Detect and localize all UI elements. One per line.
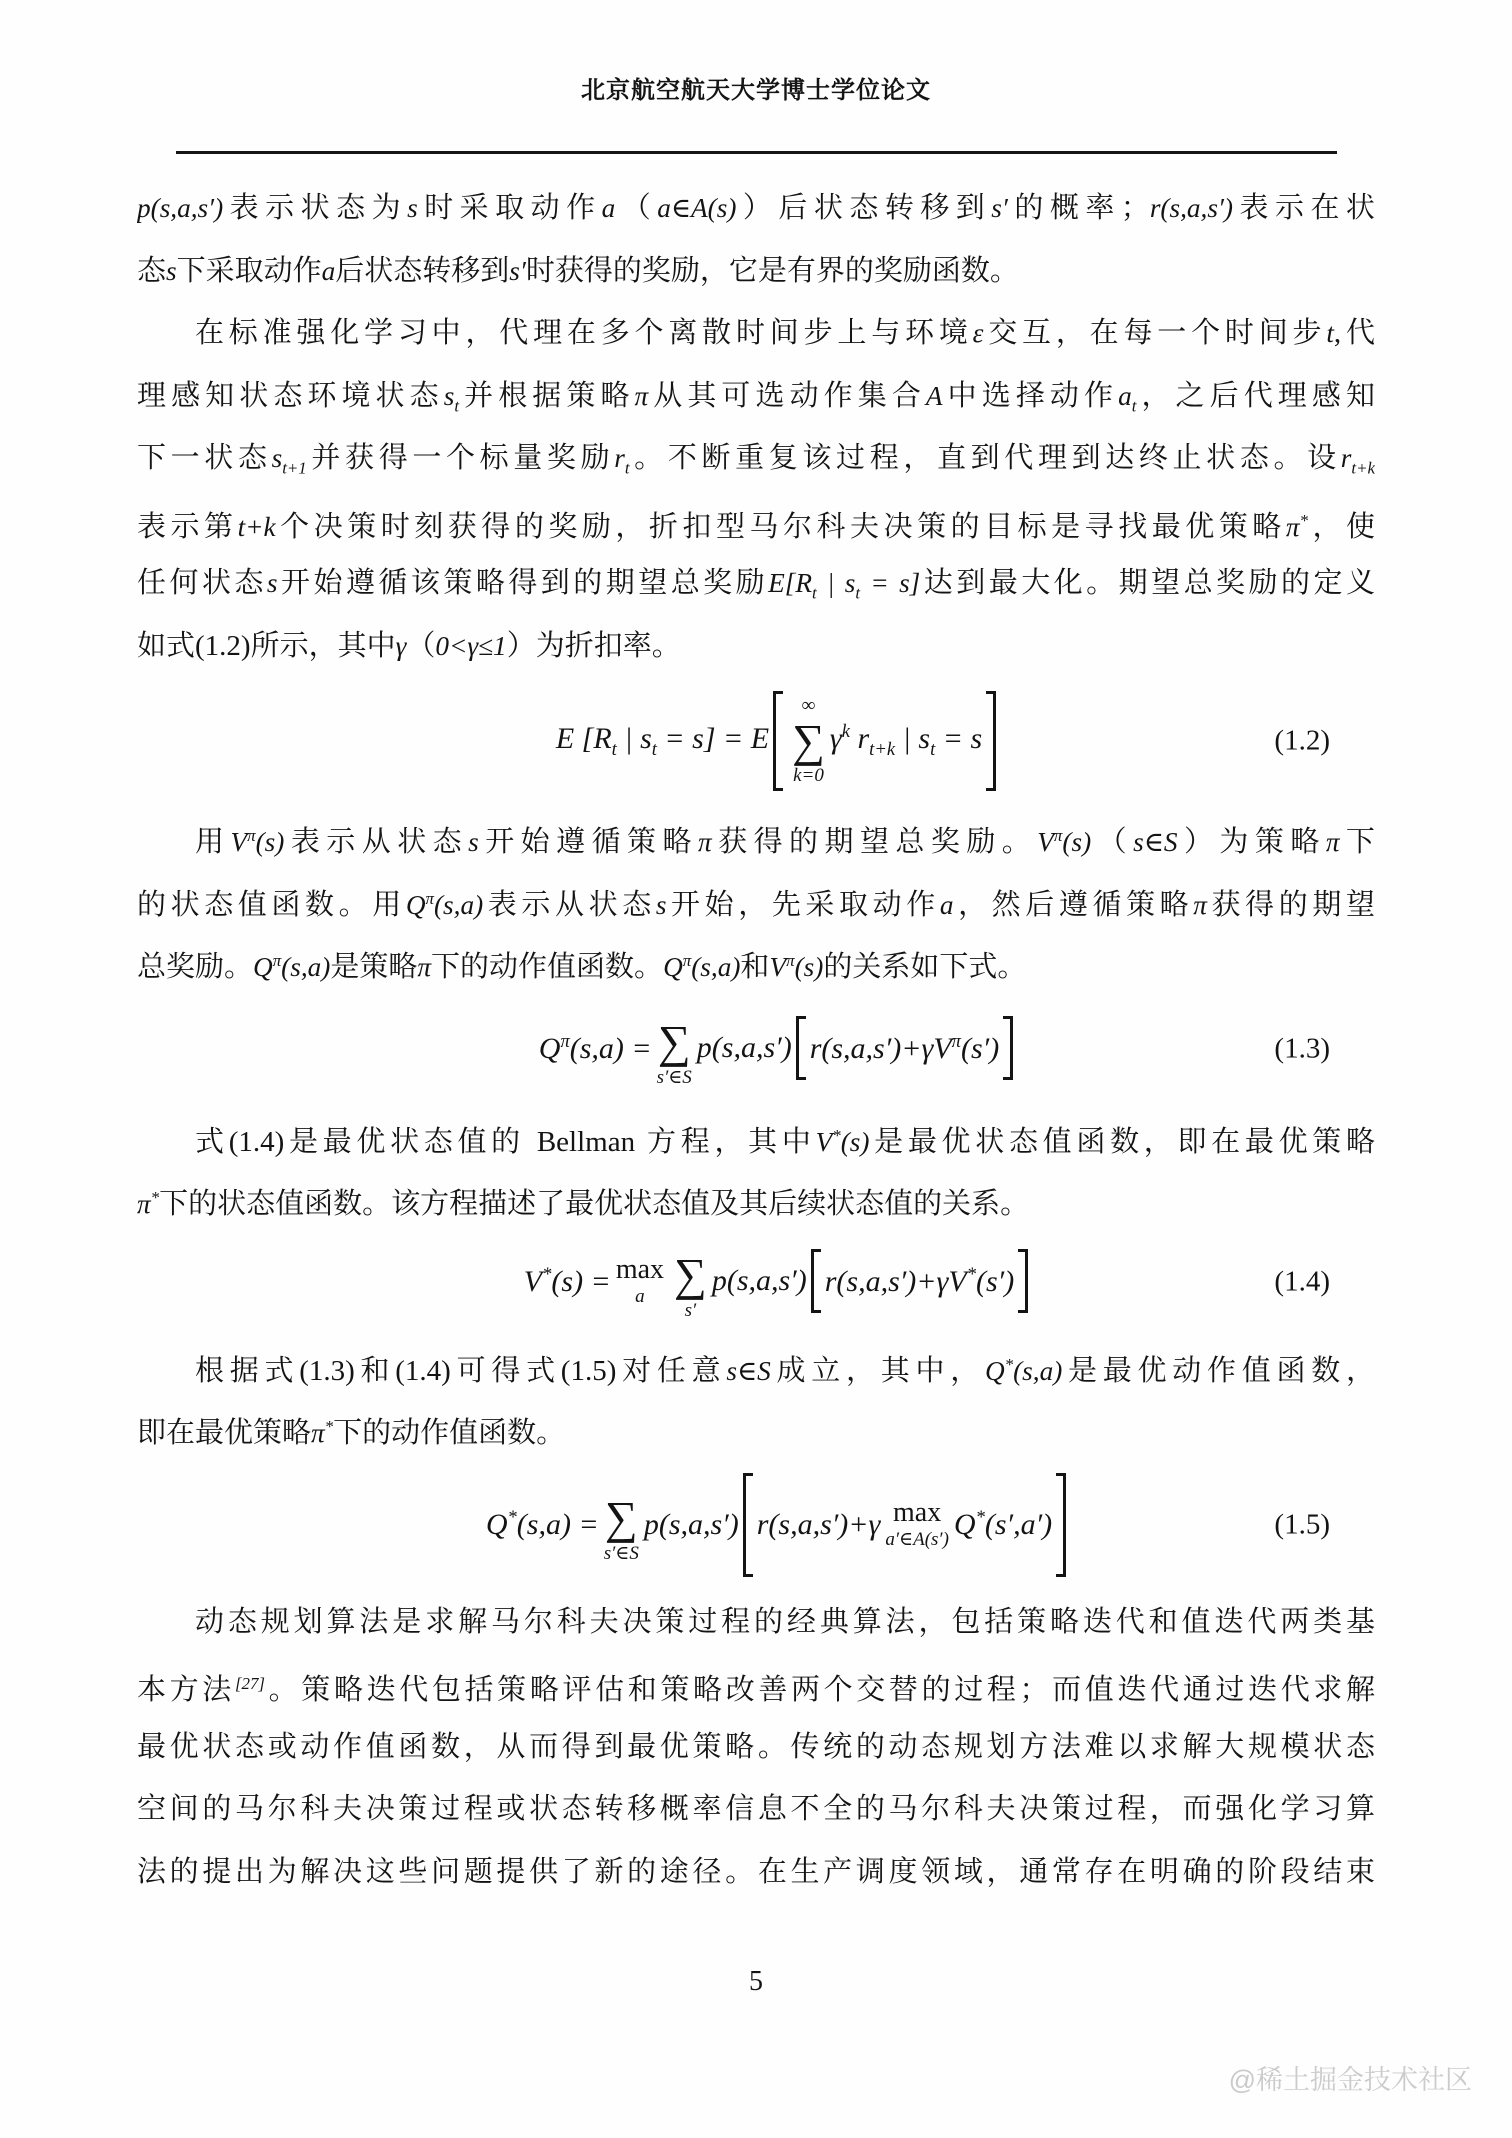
inline-math: A — [926, 381, 943, 411]
inline-math: s — [166, 256, 177, 286]
inline-math: s — [407, 193, 418, 223]
inline-math: st — [444, 381, 459, 411]
text-line: 法的提出为解决这些问题提供了新的途径。在生产调度领域，通常存在明确的阶段结束 — [137, 1841, 1375, 1904]
inline-math: s′ — [991, 193, 1008, 223]
inline-math: γ — [396, 631, 407, 661]
inline-math: t — [1326, 318, 1334, 348]
inline-math: 0<γ≤1 — [435, 631, 506, 661]
inline-math: a — [940, 890, 954, 920]
inline-math: st+1 — [272, 443, 307, 473]
text-line: 任何状态s开始遵循该策略得到的期望总奖励E[Rt | st = s]达到最大化。… — [137, 552, 1375, 615]
text-line: 的状态值函数。用Qπ(s,a)表示从状态s开始，先采取动作a，然后遵循策略π获得… — [137, 868, 1375, 931]
inline-math: t+k — [238, 512, 276, 542]
inline-math: π — [1193, 890, 1207, 920]
left-bracket — [811, 1249, 821, 1313]
inline-math: r(s,a,s′) — [1150, 193, 1233, 223]
equation-block: Qπ(s,a) = ∑s′∈S p(s,a,s′) r(s,a,s′)+γVπ(… — [137, 993, 1375, 1105]
right-bracket — [1018, 1249, 1028, 1313]
left-bracket — [743, 1473, 753, 1577]
sum-operator: ∑s′∈S — [604, 1484, 639, 1564]
right-bracket — [986, 691, 996, 791]
text-line: 理感知状态环境状态st并根据策略π从其可选动作集合A中选择动作at，之后代理感知 — [137, 365, 1375, 428]
left-bracket — [796, 1016, 806, 1080]
equation-block: E [Rt | st = s] = E ∞∑k=0γk rt+k | st = … — [137, 677, 1375, 805]
max-operator: maxa — [616, 1255, 664, 1308]
equation-number: (1.4) — [1274, 1265, 1330, 1298]
inline-math: rt+k — [1341, 443, 1375, 473]
right-bracket — [1003, 1016, 1013, 1080]
watermark-text: @稀土掘金技术社区 — [1229, 2058, 1472, 2097]
text-line: 式(1.4)是最优状态值的 Bellman 方程，其中V*(s)是最优状态值函数… — [137, 1105, 1375, 1168]
text-line: 空间的马尔科夫决策过程或状态转移概率信息不全的马尔科夫决策过程，而强化学习算 — [137, 1778, 1375, 1841]
inline-math: π — [635, 381, 649, 411]
inline-math: s — [468, 827, 479, 857]
sum-operator: ∑s′ — [674, 1241, 707, 1321]
inline-math: π — [698, 827, 712, 857]
inline-math: [27] — [235, 1675, 265, 1705]
equation-math: Q*(s′,a′) — [954, 1507, 1052, 1542]
equation-number: (1.3) — [1274, 1032, 1330, 1065]
inline-math: π — [417, 952, 431, 982]
equation-math: V*(s) = — [524, 1264, 611, 1299]
text-line: 用Vπ(s)表示从状态s开始遵循策略π获得的期望总奖励。Vπ(s)（s∈S）为策… — [137, 805, 1375, 868]
inline-math: Qπ(s,a) — [406, 890, 483, 920]
header-rule — [176, 151, 1337, 154]
equation-number: (1.2) — [1274, 725, 1330, 758]
thesis-page: 北京航空航天大学博士学位论文 p(s,a,s′)表示状态为s时采取动作a（a∈A… — [0, 0, 1512, 2138]
inline-math: π — [1326, 827, 1340, 857]
inline-math: V*(s) — [816, 1127, 870, 1157]
text-line: 如式(1.2)所示，其中γ（0<γ≤1）为折扣率。 — [137, 615, 1375, 678]
left-bracket — [773, 691, 783, 791]
inline-math: π* — [1286, 512, 1308, 542]
text-line: p(s,a,s′)表示状态为s时采取动作a（a∈A(s)）后状态转移到s′的概率… — [137, 177, 1375, 240]
inline-math: s∈S — [726, 1356, 770, 1386]
equation-math: r(s,a,s′)+γVπ(s′) — [810, 1031, 1000, 1066]
sum-operator: ∑s′∈S — [657, 1008, 692, 1088]
inline-math: Vπ(s) — [769, 952, 823, 982]
equation-math: r(s,a,s′)+γV*(s′) — [825, 1264, 1014, 1299]
inline-math: s — [267, 568, 278, 598]
inline-math: at — [1118, 381, 1136, 411]
text-line: 表示第t+k个决策时刻获得的奖励，折扣型马尔科夫决策的目标是寻找最优策略π*，使 — [137, 490, 1375, 553]
inline-math: Qπ(s,a) — [253, 952, 330, 982]
equation-number: (1.5) — [1274, 1508, 1330, 1541]
equation-math: r(s,a,s′)+γ — [757, 1508, 881, 1542]
page-number: 5 — [0, 1966, 1512, 1998]
page-body: p(s,a,s′)表示状态为s时采取动作a（a∈A(s)）后状态转移到s′的概率… — [137, 177, 1375, 1903]
inline-math: p(s,a,s′) — [137, 193, 223, 223]
inline-math: rt — [614, 443, 629, 473]
text-line: 最优状态或动作值函数，从而得到最优策略。传统的动态规划方法难以求解大规模状态 — [137, 1716, 1375, 1779]
inline-math: π* — [311, 1418, 333, 1448]
text-line: 即在最优策略π*下的动作值函数。 — [137, 1396, 1375, 1459]
inline-math: s′ — [509, 256, 526, 286]
text-line: π*下的状态值函数。该方程描述了最优状态值及其后续状态值的关系。 — [137, 1167, 1375, 1230]
inline-math: π* — [137, 1189, 159, 1219]
text-line: 态s下采取动作a后状态转移到s′时获得的奖励，它是有界的奖励函数。 — [137, 240, 1375, 303]
equation-math: p(s,a,s′) — [712, 1264, 807, 1298]
equation-math: p(s,a,s′) — [697, 1031, 792, 1065]
inline-math: Vπ(s) — [230, 827, 284, 857]
equation-block: Q*(s,a) = ∑s′∈S p(s,a,s′) r(s,a,s′)+γ ma… — [137, 1459, 1375, 1591]
text-line: 根据式(1.3)和(1.4)可得式(1.5)对任意s∈S成立，其中，Q*(s,a… — [137, 1334, 1375, 1397]
max-operator: maxa′∈A(s′) — [885, 1498, 949, 1551]
inline-math: Q*(s,a) — [985, 1356, 1062, 1386]
sum-operator: ∞∑k=0 — [792, 695, 825, 787]
inline-math: a∈A(s) — [657, 193, 736, 223]
text-line: 本方法[27]。策略迭代包括策略评估和策略改善两个交替的过程；而值迭代通过迭代求… — [137, 1653, 1375, 1716]
inline-math: Vπ(s) — [1037, 827, 1091, 857]
equation-math: Qπ(s,a) = — [539, 1031, 652, 1066]
inline-math: s — [656, 890, 667, 920]
text-line: 在标准强化学习中，代理在多个离散时间步上与环境ε交互，在每一个时间步t,代 — [137, 302, 1375, 365]
text-line: 动态规划算法是求解马尔科夫决策过程的经典算法，包括策略迭代和值迭代两类基 — [137, 1591, 1375, 1654]
page-header-title: 北京航空航天大学博士学位论文 — [0, 70, 1512, 105]
inline-math: a — [322, 256, 336, 286]
equation-math: γk rt+k | st = s — [830, 721, 982, 761]
inline-math: Qπ(s,a) — [663, 952, 740, 982]
text-line: 总奖励。Qπ(s,a)是策略π下的动作值函数。Qπ(s,a)和Vπ(s)的关系如… — [137, 930, 1375, 993]
equation-math: Q*(s,a) = — [486, 1507, 599, 1542]
text-line: 下一状态st+1并获得一个标量奖励rt。不断重复该过程，直到代理到达终止状态。设… — [137, 427, 1375, 490]
inline-math: E[Rt | st = s] — [768, 568, 920, 598]
inline-math: a — [602, 193, 616, 223]
right-bracket — [1056, 1473, 1066, 1577]
inline-math: s∈S — [1133, 827, 1177, 857]
equation-math: E [Rt | st = s] = E — [556, 722, 769, 761]
equation-math: p(s,a,s′) — [644, 1508, 739, 1542]
inline-math: ε — [973, 318, 984, 348]
equation-block: V*(s) = maxa∑s′ p(s,a,s′) r(s,a,s′)+γV*(… — [137, 1230, 1375, 1334]
